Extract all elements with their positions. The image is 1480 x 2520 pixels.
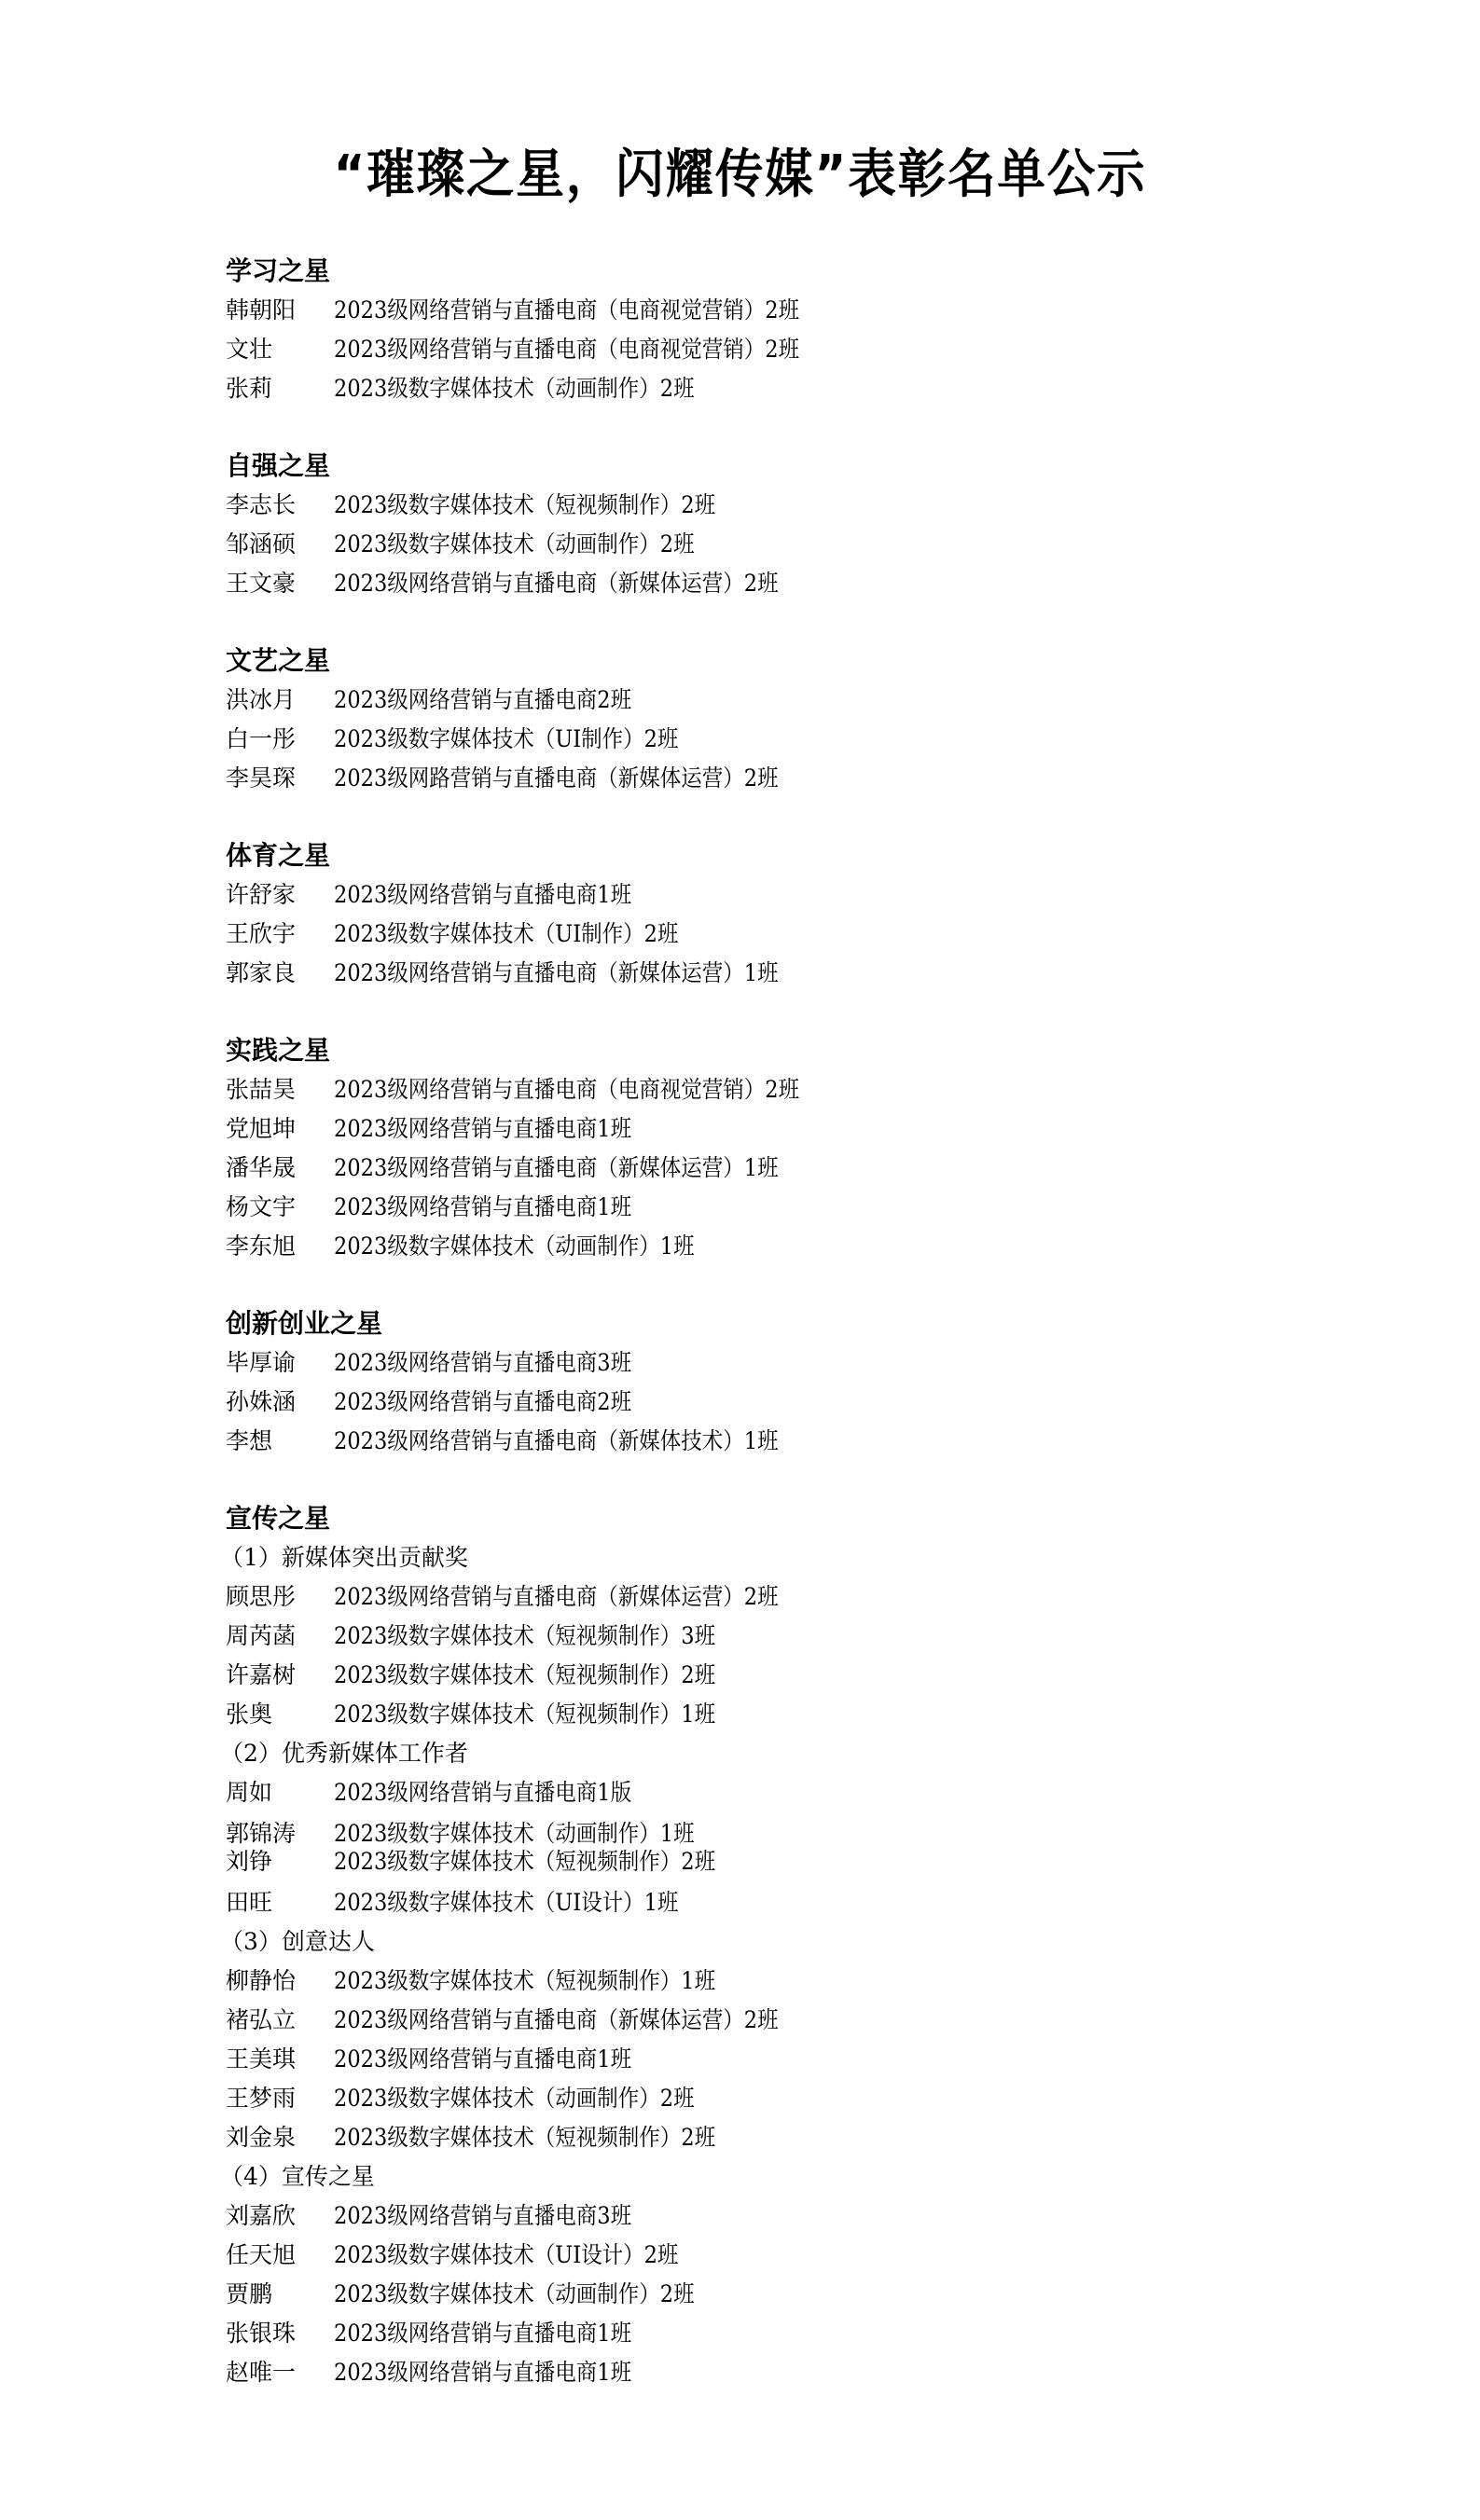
student-class: 2023级网络营销与直播电商1班: [334, 2314, 631, 2353]
subgroup-title: （4）宣传之星: [220, 2157, 1345, 2196]
list-item: 毕厚谕 2023级网络营销与直播电商3班: [226, 1343, 1345, 1383]
student-class: 2023级数字媒体技术（动画制作）1班: [334, 1227, 695, 1266]
section-title: 创新创业之星: [226, 1304, 1345, 1343]
section-title: 体育之星: [226, 836, 1345, 875]
student-name: 郭家良: [226, 954, 334, 993]
award-section: 实践之星 张喆昊 2023级网络营销与直播电商（电商视觉营销）2班 党旭坤 20…: [226, 1031, 1345, 1266]
list-item: 郭锦涛 2023级数字媒体技术（动画制作）1班: [226, 1812, 1345, 1848]
list-item: 柳静怡 2023级数字媒体技术（短视频制作）1班: [226, 1962, 1345, 2001]
student-class: 2023级数字媒体技术（UI制作）2班: [334, 915, 678, 954]
student-class: 2023级数字媒体技术（短视频制作）3班: [334, 1617, 715, 1656]
list-item: 杨文宇 2023级网络营销与直播电商1班: [226, 1188, 1345, 1227]
student-class: 2023级数字媒体技术（UI制作）2班: [334, 720, 678, 759]
list-item: 李昊琛 2023级网路营销与直播电商（新媒体运营）2班: [226, 759, 1345, 798]
student-name: 韩朝阳: [226, 291, 334, 330]
subgroup-title: （3）创意达人: [220, 1922, 1345, 1962]
student-class: 2023级网络营销与直播电商1版: [334, 1773, 631, 1812]
student-class: 2023级网络营销与直播电商1班: [334, 2040, 631, 2079]
student-name: 李东旭: [226, 1227, 334, 1266]
award-section: 创新创业之星 毕厚谕 2023级网络营销与直播电商3班 孙姝涵 2023级网络营…: [226, 1304, 1345, 1461]
student-class: 2023级数字媒体技术（短视频制作）2班: [334, 1848, 715, 1883]
student-class: 2023级网络营销与直播电商1班: [334, 1109, 631, 1149]
student-name: 王美琪: [226, 2040, 334, 2079]
student-name: 周芮菡: [226, 1617, 334, 1656]
student-class: 2023级网络营销与直播电商3班: [334, 2196, 631, 2236]
student-name: 王文豪: [226, 564, 334, 603]
student-class: 2023级数字媒体技术（UI设计）2班: [334, 2236, 678, 2275]
list-item: 张银珠 2023级网络营销与直播电商1班: [226, 2314, 1345, 2353]
list-item: 党旭坤 2023级网络营销与直播电商1班: [226, 1109, 1345, 1149]
list-item: 李东旭 2023级数字媒体技术（动画制作）1班: [226, 1227, 1345, 1266]
student-name: 杨文宇: [226, 1188, 334, 1227]
student-name: 潘华晟: [226, 1149, 334, 1188]
student-class: 2023级网路营销与直播电商（新媒体运营）2班: [334, 759, 779, 798]
student-class: 2023级数字媒体技术（短视频制作）2班: [334, 1656, 715, 1695]
list-item: 张奥 2023级数字媒体技术（短视频制作）1班: [226, 1695, 1345, 1734]
list-item: 李志长 2023级数字媒体技术（短视频制作）2班: [226, 486, 1345, 525]
list-item: 顾思彤 2023级网络营销与直播电商（新媒体运营）2班: [226, 1577, 1345, 1617]
student-name: 顾思彤: [226, 1577, 334, 1617]
subgroup-title: （1）新媒体突出贡献奖: [220, 1538, 1345, 1577]
award-section: 学习之星 韩朝阳 2023级网络营销与直播电商（电商视觉营销）2班 文壮 202…: [226, 252, 1345, 408]
list-item: 刘嘉欣 2023级网络营销与直播电商3班: [226, 2196, 1345, 2236]
list-item: 任天旭 2023级数字媒体技术（UI设计）2班: [226, 2236, 1345, 2275]
list-item: 刘铮 2023级数字媒体技术（短视频制作）2班: [226, 1848, 1345, 1883]
list-item: 王美琪 2023级网络营销与直播电商1班: [226, 2040, 1345, 2079]
student-name: 毕厚谕: [226, 1343, 334, 1383]
student-name: 李想: [226, 1422, 334, 1461]
student-class: 2023级网络营销与直播电商（新媒体运营）2班: [334, 1577, 779, 1617]
student-name: 任天旭: [226, 2236, 334, 2275]
student-class: 2023级数字媒体技术（动画制作）2班: [334, 2275, 695, 2314]
student-name: 王梦雨: [226, 2079, 334, 2118]
section-title: 文艺之星: [226, 641, 1345, 681]
student-class: 2023级数字媒体技术（短视频制作）2班: [334, 2118, 715, 2157]
award-list: 学习之星 韩朝阳 2023级网络营销与直播电商（电商视觉营销）2班 文壮 202…: [226, 252, 1345, 2430]
student-name: 田旺: [226, 1883, 334, 1922]
student-class: 2023级网络营销与直播电商（电商视觉营销）2班: [334, 1070, 799, 1109]
list-item: 周芮菡 2023级数字媒体技术（短视频制作）3班: [226, 1617, 1345, 1656]
award-section: 文艺之星 洪冰月 2023级网络营销与直播电商2班 白一彤 2023级数字媒体技…: [226, 641, 1345, 798]
student-class: 2023级网络营销与直播电商2班: [334, 681, 631, 720]
list-item: 褚弘立 2023级网络营销与直播电商（新媒体运营）2班: [226, 2001, 1345, 2040]
student-class: 2023级数字媒体技术（动画制作）1班: [334, 1812, 695, 1848]
award-section-publicity: 宣传之星 （1）新媒体突出贡献奖 顾思彤 2023级网络营销与直播电商（新媒体运…: [226, 1499, 1345, 2392]
award-section: 自强之星 李志长 2023级数字媒体技术（短视频制作）2班 邹涵硕 2023级数…: [226, 447, 1345, 603]
page-title: “璀璨之星，闪耀传媒”表彰名单公示: [59, 138, 1420, 213]
student-class: 2023级数字媒体技术（短视频制作）2班: [334, 486, 715, 525]
list-item: 张喆昊 2023级网络营销与直播电商（电商视觉营销）2班: [226, 1070, 1345, 1109]
list-item: 贾鹏 2023级数字媒体技术（动画制作）2班: [226, 2275, 1345, 2314]
student-class: 2023级网络营销与直播电商2班: [334, 1383, 631, 1422]
student-class: 2023级数字媒体技术（动画制作）2班: [334, 369, 695, 408]
student-name: 邹涵硕: [226, 525, 334, 564]
list-item: 文壮 2023级网络营销与直播电商（电商视觉营销）2班: [226, 330, 1345, 369]
list-item: 王梦雨 2023级数字媒体技术（动画制作）2班: [226, 2079, 1345, 2118]
list-item: 许嘉树 2023级数字媒体技术（短视频制作）2班: [226, 1656, 1345, 1695]
student-name: 许嘉树: [226, 1656, 334, 1695]
list-item: 刘金泉 2023级数字媒体技术（短视频制作）2班: [226, 2118, 1345, 2157]
student-name: 张银珠: [226, 2314, 334, 2353]
student-name: 许舒家: [226, 875, 334, 915]
student-name: 张莉: [226, 369, 334, 408]
student-class: 2023级网络营销与直播电商（新媒体运营）2班: [334, 2001, 779, 2040]
list-item: 王欣宇 2023级数字媒体技术（UI制作）2班: [226, 915, 1345, 954]
student-name: 洪冰月: [226, 681, 334, 720]
section-title: 学习之星: [226, 252, 1345, 291]
student-class: 2023级网络营销与直播电商（新媒体运营）1班: [334, 954, 779, 993]
student-class: 2023级数字媒体技术（动画制作）2班: [334, 525, 695, 564]
student-name: 刘金泉: [226, 2118, 334, 2157]
section-title: 自强之星: [226, 447, 1345, 486]
list-item: 张莉 2023级数字媒体技术（动画制作）2班: [226, 369, 1345, 408]
student-name: 赵唯一: [226, 2353, 334, 2392]
student-name: 周如: [226, 1773, 334, 1812]
list-item: 韩朝阳 2023级网络营销与直播电商（电商视觉营销）2班: [226, 291, 1345, 330]
student-name: 刘铮: [226, 1848, 334, 1883]
student-name: 郭锦涛: [226, 1812, 334, 1848]
section-title: 宣传之星: [226, 1499, 1345, 1538]
student-class: 2023级网络营销与直播电商（电商视觉营销）2班: [334, 330, 799, 369]
student-class: 2023级网络营销与直播电商（新媒体技术）1班: [334, 1422, 779, 1461]
list-item: 王文豪 2023级网络营销与直播电商（新媒体运营）2班: [226, 564, 1345, 603]
list-item: 郭家良 2023级网络营销与直播电商（新媒体运营）1班: [226, 954, 1345, 993]
student-name: 白一彤: [226, 720, 334, 759]
student-name: 柳静怡: [226, 1962, 334, 2001]
student-name: 孙姝涵: [226, 1383, 334, 1422]
list-item: 李想 2023级网络营销与直播电商（新媒体技术）1班: [226, 1422, 1345, 1461]
list-item: 邹涵硕 2023级数字媒体技术（动画制作）2班: [226, 525, 1345, 564]
student-name: 张喆昊: [226, 1070, 334, 1109]
student-name: 党旭坤: [226, 1109, 334, 1149]
list-item: 洪冰月 2023级网络营销与直播电商2班: [226, 681, 1345, 720]
section-title: 实践之星: [226, 1031, 1345, 1070]
student-class: 2023级网络营销与直播电商1班: [334, 875, 631, 915]
list-item: 孙姝涵 2023级网络营销与直播电商2班: [226, 1383, 1345, 1422]
list-item: 白一彤 2023级数字媒体技术（UI制作）2班: [226, 720, 1345, 759]
list-item: 赵唯一 2023级网络营销与直播电商1班: [226, 2353, 1345, 2392]
student-class: 2023级数字媒体技术（UI设计）1班: [334, 1883, 678, 1922]
list-item: 许舒家 2023级网络营销与直播电商1班: [226, 875, 1345, 915]
student-name: 王欣宇: [226, 915, 334, 954]
student-class: 2023级网络营销与直播电商1班: [334, 2353, 631, 2392]
student-class: 2023级网络营销与直播电商3班: [334, 1343, 631, 1383]
student-class: 2023级网络营销与直播电商（新媒体运营）1班: [334, 1149, 779, 1188]
student-name: 刘嘉欣: [226, 2196, 334, 2236]
list-item: 潘华晟 2023级网络营销与直播电商（新媒体运营）1班: [226, 1149, 1345, 1188]
student-name: 褚弘立: [226, 2001, 334, 2040]
student-name: 李志长: [226, 486, 334, 525]
student-class: 2023级网络营销与直播电商1班: [334, 1188, 631, 1227]
subgroup-title: （2）优秀新媒体工作者: [220, 1734, 1345, 1773]
student-name: 张奥: [226, 1695, 334, 1734]
student-name: 李昊琛: [226, 759, 334, 798]
award-section: 体育之星 许舒家 2023级网络营销与直播电商1班 王欣宇 2023级数字媒体技…: [226, 836, 1345, 993]
student-name: 文壮: [226, 330, 334, 369]
student-name: 贾鹏: [226, 2275, 334, 2314]
student-class: 2023级网络营销与直播电商（电商视觉营销）2班: [334, 291, 799, 330]
student-class: 2023级数字媒体技术（短视频制作）1班: [334, 1962, 715, 2001]
student-class: 2023级数字媒体技术（动画制作）2班: [334, 2079, 695, 2118]
student-class: 2023级网络营销与直播电商（新媒体运营）2班: [334, 564, 779, 603]
list-item: 田旺 2023级数字媒体技术（UI设计）1班: [226, 1883, 1345, 1922]
list-item: 周如 2023级网络营销与直播电商1版: [226, 1773, 1345, 1812]
student-class: 2023级数字媒体技术（短视频制作）1班: [334, 1695, 715, 1734]
